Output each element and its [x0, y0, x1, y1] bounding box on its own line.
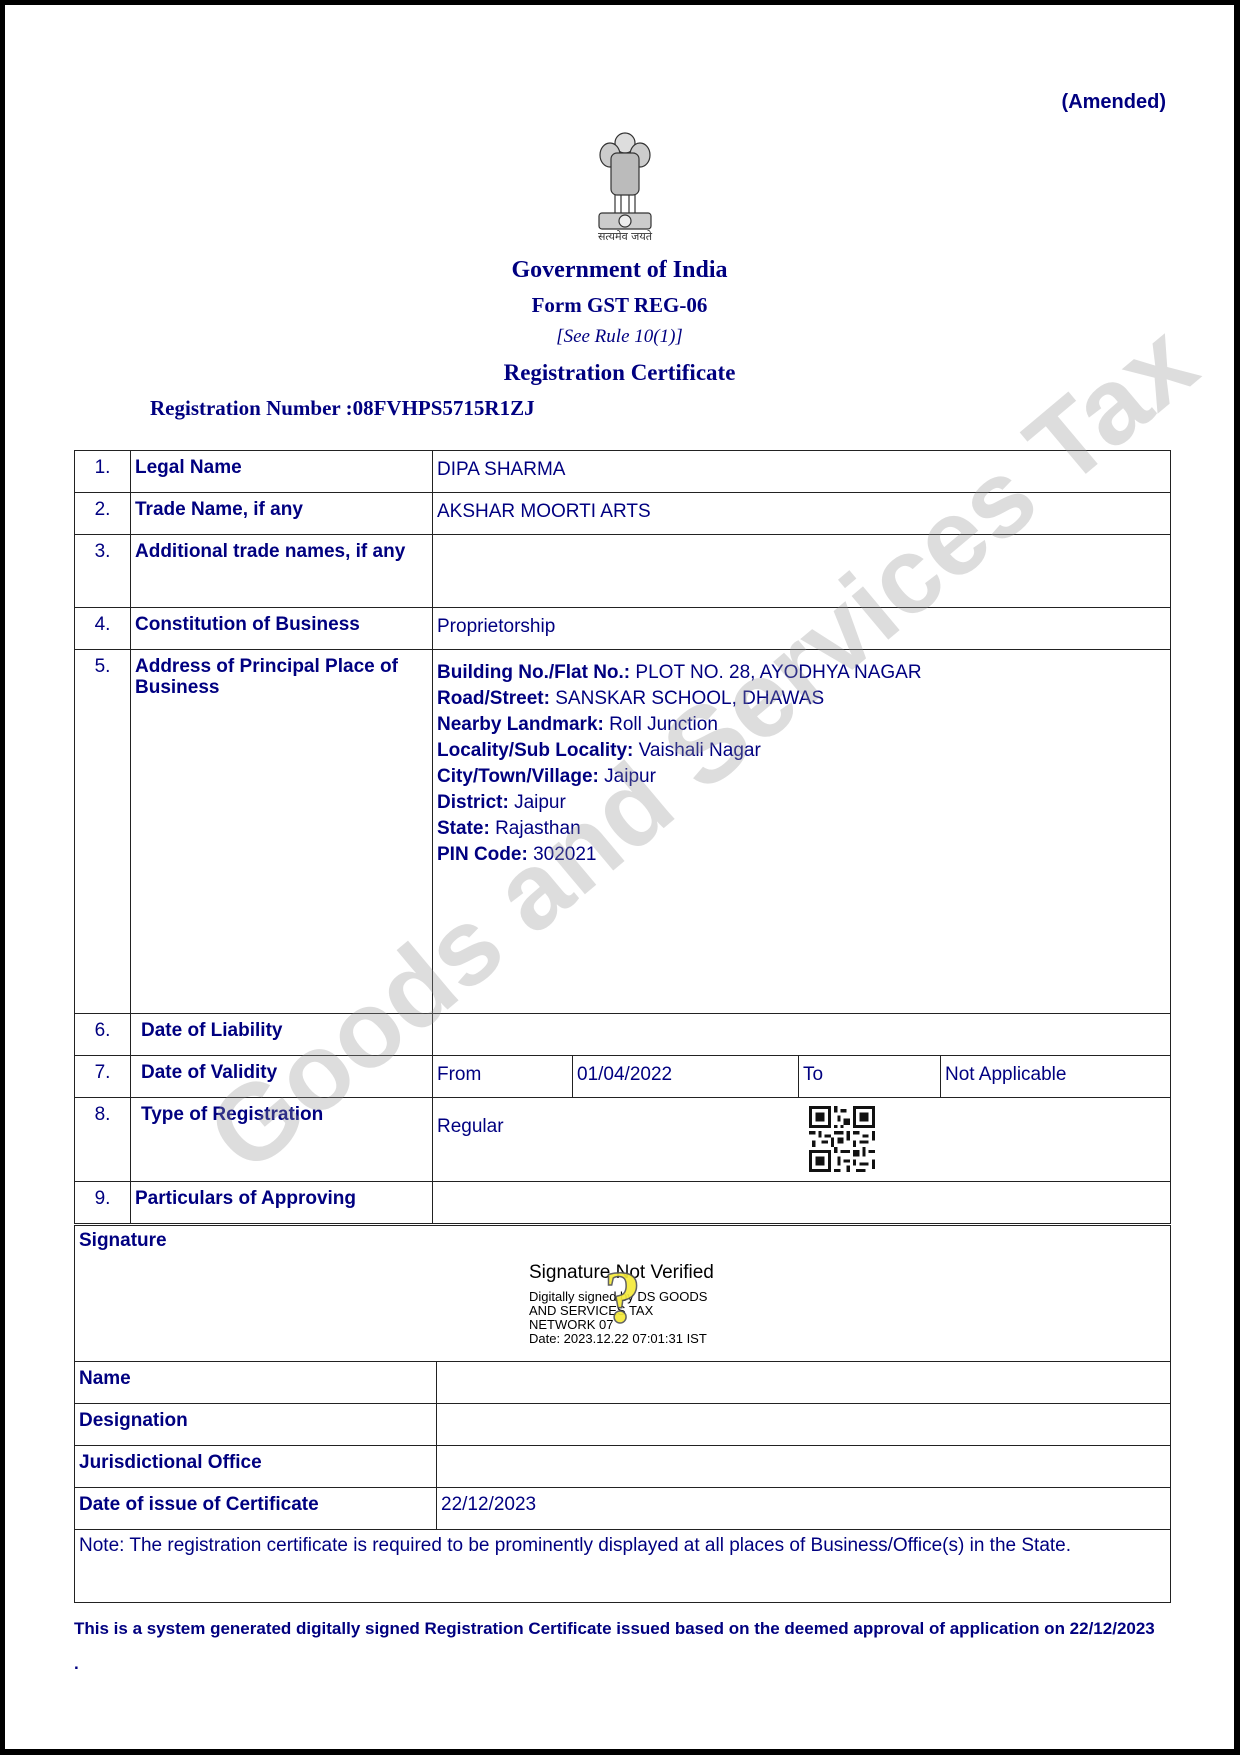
validity-to-label: To [799, 1056, 941, 1098]
constitution-label: Constitution of Business [131, 608, 433, 650]
date-of-liability-label: Date of Liability [131, 1014, 433, 1056]
emblem-motto: सत्यमेव जयते [585, 229, 665, 244]
question-mark-icon: ? [604, 1256, 641, 1341]
address-pin: PIN Code: 302021 [437, 842, 1166, 868]
display-note: Note: The registration certificate is re… [75, 1530, 1171, 1603]
legal-name-label: Legal Name [131, 451, 433, 493]
address-value: Building No./Flat No.: PLOT NO. 28, AYOD… [433, 650, 1171, 1014]
additional-trade-names-value [433, 535, 1171, 608]
national-emblem-icon [585, 125, 665, 245]
table-row: 2. Trade Name, if any AKSHAR MOORTI ARTS [75, 493, 1171, 535]
address-road: Road/Street: SANSKAR SCHOOL, DHAWAS [437, 686, 1166, 712]
registration-type-label: Type of Registration [131, 1098, 433, 1182]
address-city: City/Town/Village: Jaipur [437, 764, 1166, 790]
certificate-page: (Amended) सत्यमेव जयते Government of Ind… [5, 5, 1234, 1749]
table-row: 6. Date of Liability [75, 1014, 1171, 1056]
table-row: 4. Constitution of Business Proprietorsh… [75, 608, 1171, 650]
validity-from-label: From [433, 1056, 573, 1098]
row-number: 5. [75, 650, 131, 1014]
constitution-value: Proprietorship [433, 608, 1171, 650]
qr-code-icon[interactable] [809, 1106, 875, 1172]
validity-to-value: Not Applicable [941, 1056, 1171, 1098]
certificate-title: Registration Certificate [5, 360, 1234, 386]
digital-signature-block[interactable]: ? Signature Not Verified Digitally signe… [529, 1262, 714, 1346]
table-row: 8. Type of Registration Regular [75, 1098, 1171, 1182]
system-generated-footer: This is a system generated digitally sig… [74, 1611, 1164, 1681]
table-row: Designation [75, 1404, 1171, 1446]
registration-number: Registration Number :08FVHPS5715R1ZJ [150, 396, 535, 421]
row-number: 8. [75, 1098, 131, 1182]
validity-from-value: 01/04/2022 [573, 1056, 799, 1098]
officer-name-value [437, 1362, 1171, 1404]
table-row: 9. Particulars of Approving [75, 1182, 1171, 1224]
table-row: Note: The registration certificate is re… [75, 1530, 1171, 1603]
designation-value [437, 1404, 1171, 1446]
table-row: Date of issue of Certificate 22/12/2023 [75, 1488, 1171, 1530]
jurisdictional-office-value [437, 1446, 1171, 1488]
date-of-liability-value [433, 1014, 1171, 1056]
designation-label: Designation [75, 1404, 437, 1446]
table-row: Name [75, 1362, 1171, 1404]
table-row: 7. Date of Validity From 01/04/2022 To N… [75, 1056, 1171, 1098]
row-number: 4. [75, 608, 131, 650]
row-number: 9. [75, 1182, 131, 1224]
table-row: 5. Address of Principal Place of Busines… [75, 650, 1171, 1014]
approving-particulars-label: Particulars of Approving [131, 1182, 433, 1224]
address-label: Address of Principal Place of Business [131, 650, 433, 1014]
amended-label: (Amended) [1062, 91, 1166, 114]
address-building: Building No./Flat No.: PLOT NO. 28, AYOD… [437, 660, 1166, 686]
officer-name-label: Name [75, 1362, 437, 1404]
row-number: 2. [75, 493, 131, 535]
signature-table: Signature ? Signature Not Verified Digit… [74, 1225, 1171, 1362]
form-title: Form GST REG-06 [5, 293, 1234, 318]
table-row: 3. Additional trade names, if any [75, 535, 1171, 608]
approving-particulars-value [433, 1182, 1171, 1224]
trade-name-label: Trade Name, if any [131, 493, 433, 535]
address-locality: Locality/Sub Locality: Vaishali Nagar [437, 738, 1166, 764]
legal-name-value: DIPA SHARMA [433, 451, 1171, 493]
issue-date-label: Date of issue of Certificate [75, 1488, 437, 1530]
row-number: 7. [75, 1056, 131, 1098]
trade-name-value: AKSHAR MOORTI ARTS [433, 493, 1171, 535]
jurisdictional-office-label: Jurisdictional Office [75, 1446, 437, 1488]
address-district: District: Jaipur [437, 790, 1166, 816]
date-of-validity-label: Date of Validity [131, 1056, 433, 1098]
row-number: 3. [75, 535, 131, 608]
signature-cell: Signature ? Signature Not Verified Digit… [75, 1226, 1171, 1362]
officer-details-table: Name Designation Jurisdictional Office D… [74, 1361, 1171, 1603]
row-number: 1. [75, 451, 131, 493]
table-row: 1. Legal Name DIPA SHARMA [75, 451, 1171, 493]
registration-type-value: Regular [433, 1098, 1171, 1182]
registration-details-table: 1. Legal Name DIPA SHARMA 2. Trade Name,… [74, 450, 1171, 1224]
address-landmark: Nearby Landmark: Roll Junction [437, 712, 1166, 738]
government-heading: Government of India [5, 257, 1234, 284]
issue-date-value: 22/12/2023 [437, 1488, 1171, 1530]
rule-reference: [See Rule 10(1)] [5, 326, 1234, 348]
signature-label: Signature [79, 1230, 167, 1252]
row-number: 6. [75, 1014, 131, 1056]
additional-trade-names-label: Additional trade names, if any [131, 535, 433, 608]
table-row: Jurisdictional Office [75, 1446, 1171, 1488]
address-state: State: Rajasthan [437, 816, 1166, 842]
